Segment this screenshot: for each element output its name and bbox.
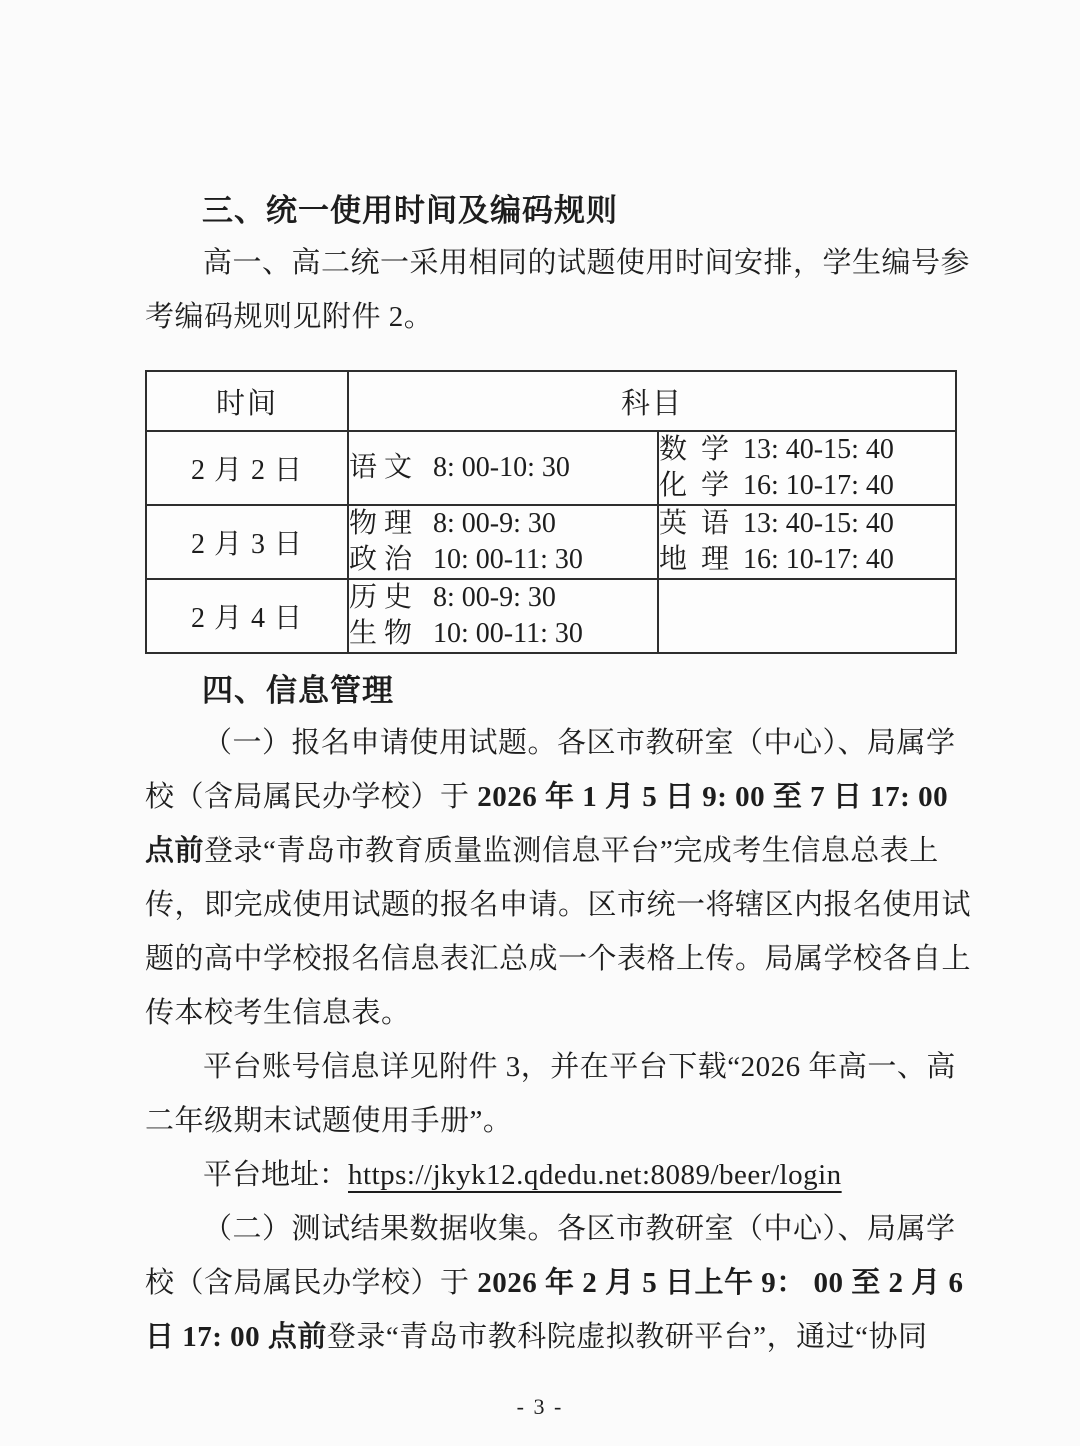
para1-line3-regular: 登录“青岛市教育质量监测信息平台”完成考生信息总表上: [204, 835, 939, 867]
platform-url-link[interactable]: https://jkyk12.qdedu.net:8089/beer/login: [348, 1159, 842, 1191]
para1-line4: 传，即完成使用试题的报名申请。区市统一将辖区内报名使用试: [145, 878, 963, 932]
section3-paragraph-line2: 考编码规则见附件 2。: [145, 290, 963, 344]
para2-line1: 平台账号信息详见附件 3，并在平台下载“2026 年高一、高: [145, 1040, 963, 1094]
platform-address-line: 平台地址：https://jkyk12.qdedu.net:8089/beer/…: [145, 1148, 963, 1202]
morning-subjects-cell: 历 史 8: 00-9: 30 生 物 10: 00-11: 30: [348, 579, 658, 653]
para1-line2: 校（含局属民办学校）于 2026 年 1 月 5 日 9: 00 至 7 日 1…: [145, 770, 963, 824]
para3-line3-regular: 登录“青岛市教科院虚拟教研平台”，通过“协同: [327, 1321, 928, 1353]
section4-heading: 四、信息管理: [145, 666, 963, 716]
para1-line2-bold-deadline: 2026 年 1 月 5 日 9: 00 至 7 日 17: 00: [477, 781, 948, 813]
platform-address-label: 平台地址：: [203, 1159, 348, 1191]
exam-schedule-table: 时间 科目 2 月 2 日 语 文 8: 00-10: 30 数 学 13: 4…: [145, 370, 957, 654]
column-header-time: 时间: [146, 371, 348, 431]
date-cell: 2 月 4 日: [146, 579, 348, 653]
page-number: - 3 -: [0, 1394, 1080, 1420]
document-content: 三、统一使用时间及编码规则 高一、高二统一采用相同的试题使用时间安排，学生编号参…: [145, 0, 963, 1364]
subject-time: 英 语 13: 40-15: 40: [659, 506, 955, 542]
afternoon-subjects-cell: 英 语 13: 40-15: 40 地 理 16: 10-17: 40: [658, 505, 956, 579]
morning-subjects-cell: 语 文 8: 00-10: 30: [348, 431, 658, 505]
para3-line2-bold-deadline: 2026 年 2 月 5 日上午 9： 00 至 2 月 6: [477, 1267, 963, 1299]
para1-line3-bold: 点前: [145, 835, 204, 867]
table-row-feb4: 2 月 4 日 历 史 8: 00-9: 30 生 物 10: 00-11: 3…: [146, 579, 956, 653]
section3-heading: 三、统一使用时间及编码规则: [145, 186, 963, 236]
subject-time: 物 理 8: 00-9: 30: [349, 506, 657, 542]
date-cell: 2 月 2 日: [146, 431, 348, 505]
para3-line2-regular: 校（含局属民办学校）于: [145, 1267, 477, 1299]
afternoon-subjects-cell: 数 学 13: 40-15: 40 化 学 16: 10-17: 40: [658, 431, 956, 505]
document-page: 三、统一使用时间及编码规则 高一、高二统一采用相同的试题使用时间安排，学生编号参…: [0, 0, 1080, 1446]
subject-time: 历 史 8: 00-9: 30: [349, 580, 657, 616]
para3-line3-bold: 日 17: 00 点前: [145, 1321, 327, 1353]
afternoon-subjects-cell-empty: [658, 579, 956, 653]
column-header-subject: 科目: [348, 371, 956, 431]
para3-line3: 日 17: 00 点前登录“青岛市教科院虚拟教研平台”，通过“协同: [145, 1310, 963, 1364]
table-row-feb2: 2 月 2 日 语 文 8: 00-10: 30 数 学 13: 40-15: …: [146, 431, 956, 505]
para3-line1: （二）测试结果数据收集。各区市教研室（中心）、局属学: [145, 1202, 963, 1256]
table-row-feb3: 2 月 3 日 物 理 8: 00-9: 30 政 治 10: 00-11: 3…: [146, 505, 956, 579]
para1-line5: 题的高中学校报名信息表汇总成一个表格上传。局属学校各自上: [145, 932, 963, 986]
para1-line6: 传本校考生信息表。: [145, 986, 963, 1040]
para1-line3: 点前登录“青岛市教育质量监测信息平台”完成考生信息总表上: [145, 824, 963, 878]
subject-time: 语 文 8: 00-10: 30: [349, 450, 657, 486]
subject-time: 生 物 10: 00-11: 30: [349, 616, 657, 652]
morning-subjects-cell: 物 理 8: 00-9: 30 政 治 10: 00-11: 30: [348, 505, 658, 579]
subject-time: 政 治 10: 00-11: 30: [349, 542, 657, 578]
section3-paragraph-line1: 高一、高二统一采用相同的试题使用时间安排，学生编号参: [145, 236, 963, 290]
subject-time: 数 学 13: 40-15: 40: [659, 432, 955, 468]
para1-line2-regular: 校（含局属民办学校）于: [145, 781, 477, 813]
subject-time: 化 学 16: 10-17: 40: [659, 468, 955, 504]
para1-line1: （一）报名申请使用试题。各区市教研室（中心）、局属学: [145, 716, 963, 770]
date-cell: 2 月 3 日: [146, 505, 348, 579]
para3-line2: 校（含局属民办学校）于 2026 年 2 月 5 日上午 9： 00 至 2 月…: [145, 1256, 963, 1310]
table-header-row: 时间 科目: [146, 371, 956, 431]
subject-time: 地 理 16: 10-17: 40: [659, 542, 955, 578]
para2-line2: 二年级期末试题使用手册”。: [145, 1094, 963, 1148]
